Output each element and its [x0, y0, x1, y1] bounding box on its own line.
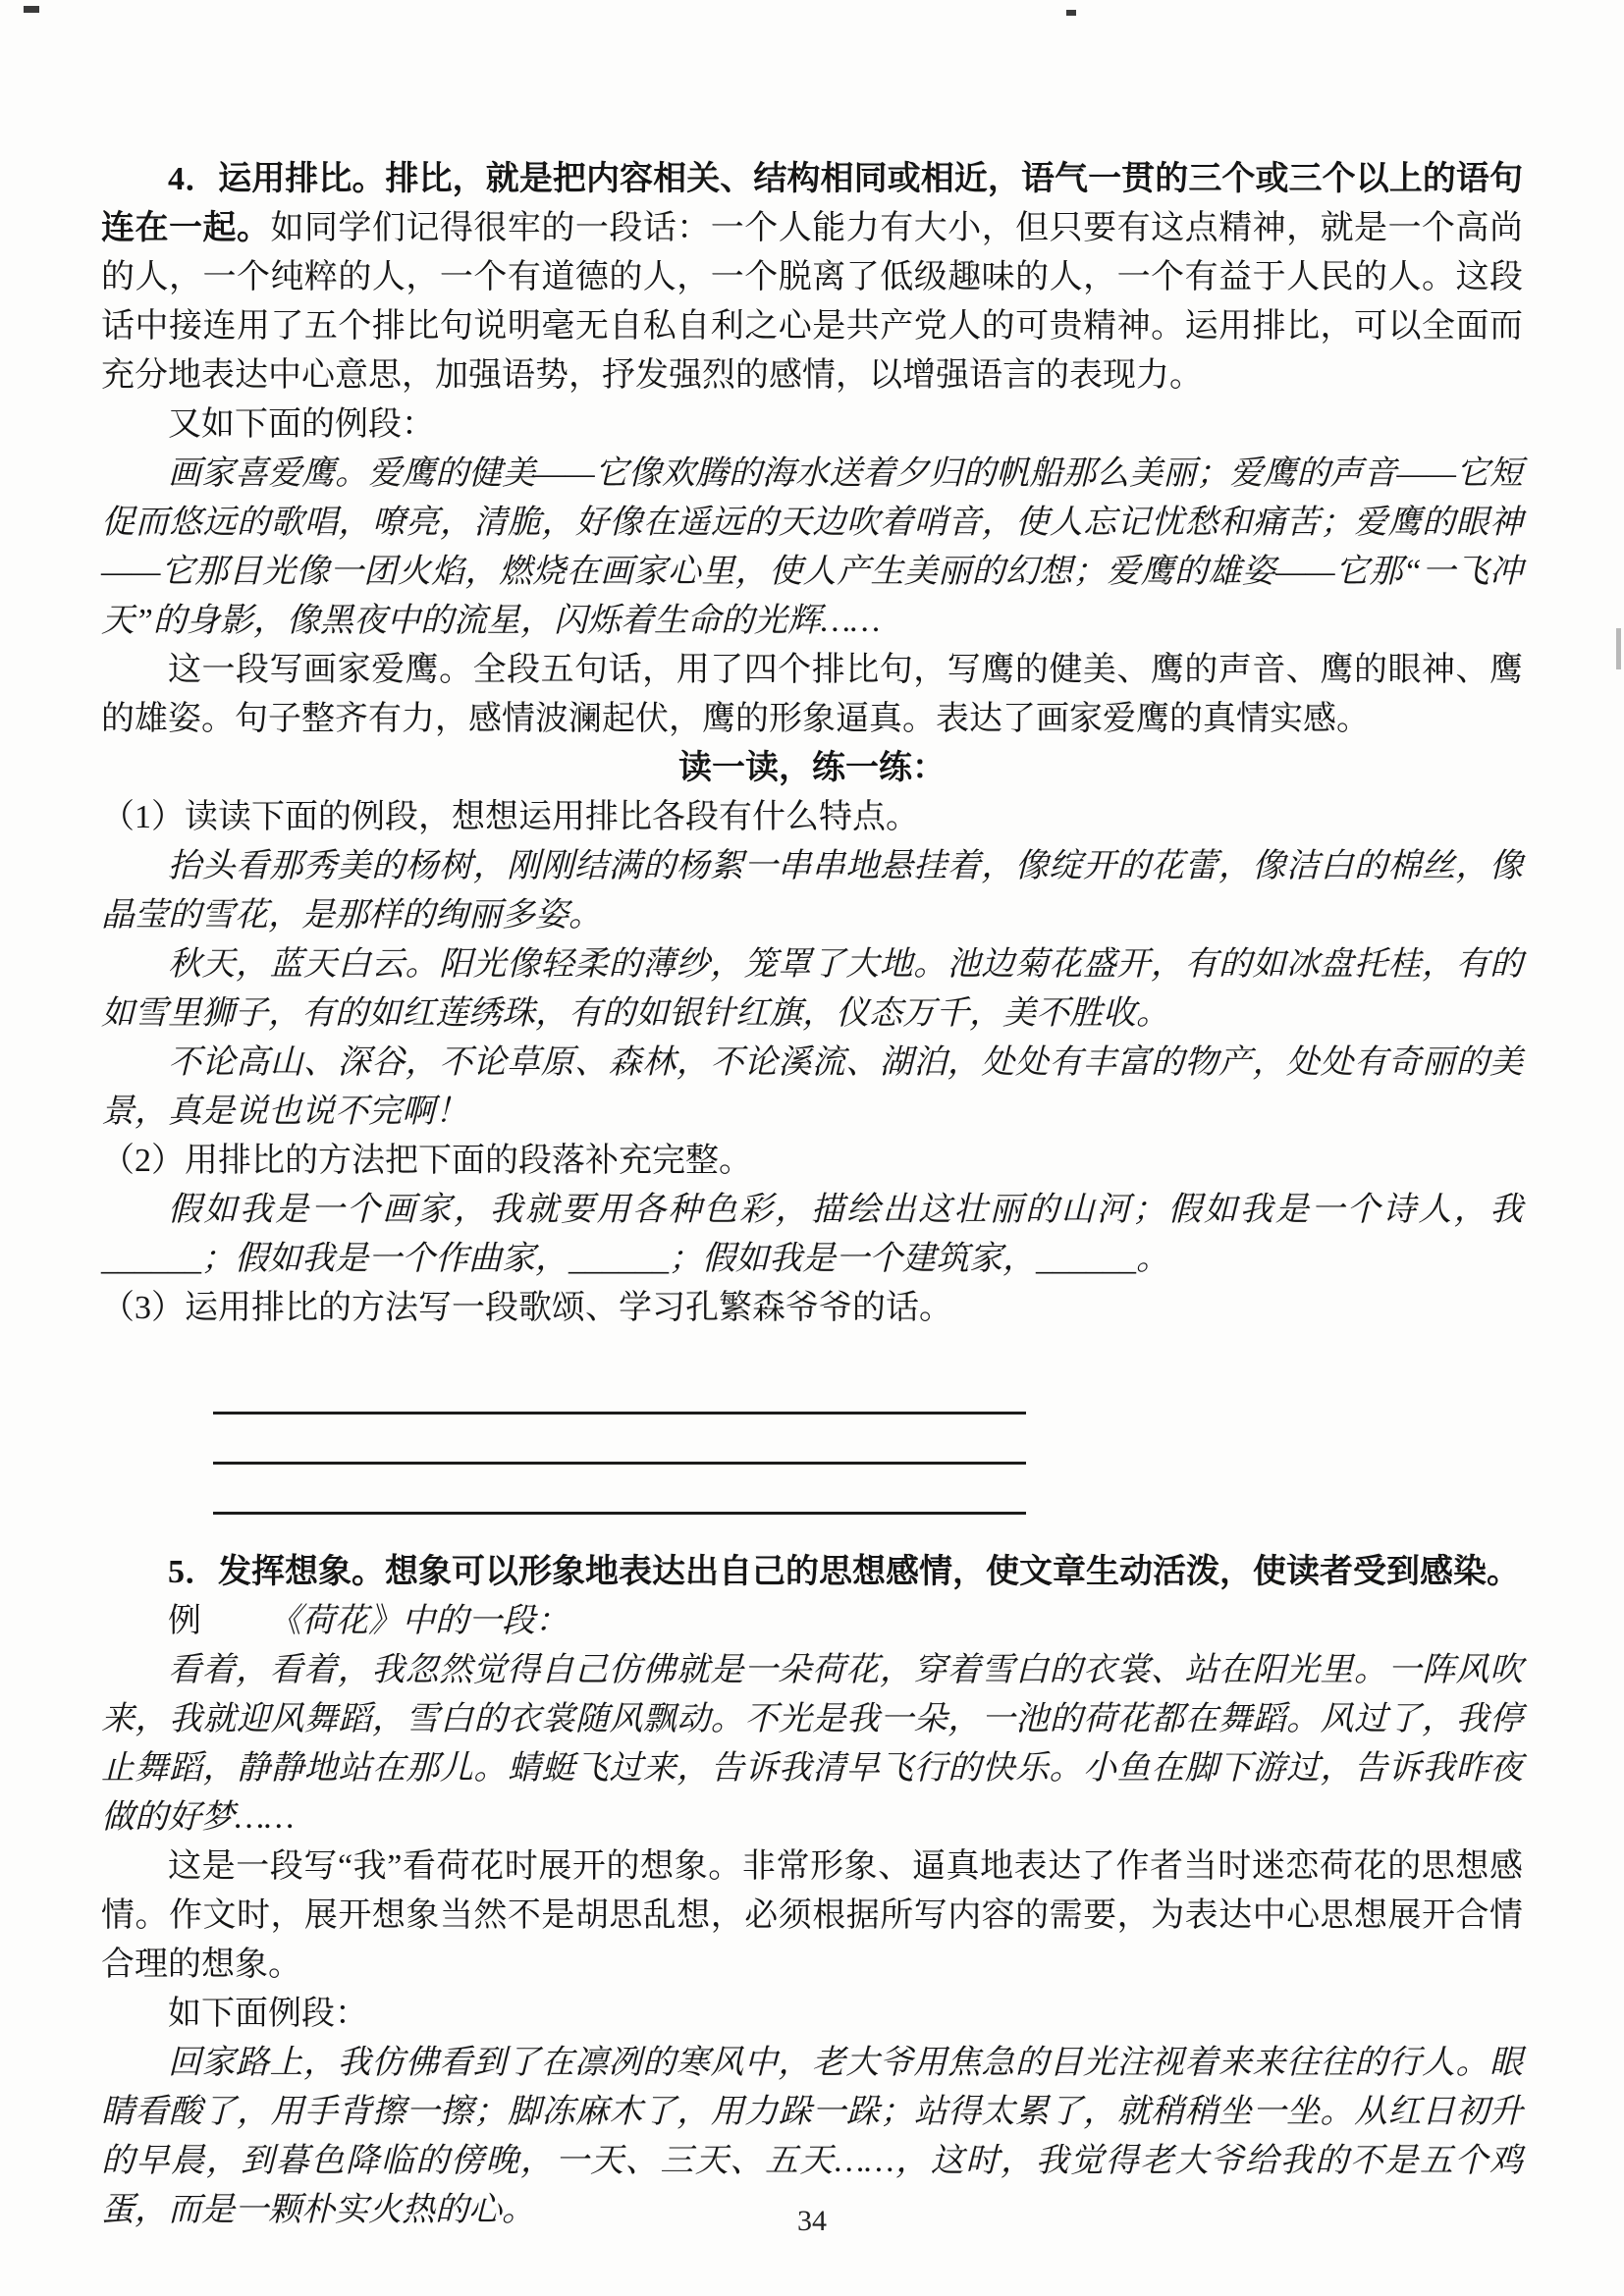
page-content: 4．运用排比。排比，就是把内容相关、结构相同或相近，语气一贯的三个或三个以上的语… — [101, 155, 1523, 2235]
question-3: （3）运用排比的方法写一段歌颂、学习孔繁森爷爷的话。 — [101, 1284, 1523, 1333]
section4-lead-paragraph: 4．运用排比。排比，就是把内容相关、结构相同或相近，语气一贯的三个或三个以上的语… — [101, 155, 1523, 400]
example-intro: 又如下面的例段： — [101, 400, 1523, 450]
page-number: 34 — [0, 2204, 1624, 2239]
poplar-example-paragraph: 抬头看那秀美的杨树，刚刚结满的杨絮一串串地悬挂着，像绽开的花蕾，像洁白的棉丝，像… — [101, 842, 1523, 940]
practice-section-title: 读一读，练一练： — [101, 744, 1523, 793]
lotus-example-paragraph: 看着，看着，我忽然觉得自己仿佛就是一朵荷花，穿着雪白的衣裳、站在阳光里。一阵风吹… — [101, 1646, 1523, 1842]
answer-area — [213, 1364, 1026, 1515]
section-imagination: 5．发挥想象。想象可以形象地表达出自己的思想感情，使文章生动活泼，使读者受到感染… — [101, 1548, 1523, 2235]
example-label: 例 — [168, 1603, 201, 1639]
example-source-title: 《荷花》中的一段： — [268, 1603, 568, 1639]
answer-line — [213, 1465, 1026, 1515]
scan-artifact — [1616, 628, 1621, 669]
landscape-example-paragraph: 不论高山、深谷，不论草原、森林，不论溪流、湖泊，处处有丰富的物产，处处有奇丽的美… — [101, 1039, 1523, 1137]
eagle-analysis-paragraph: 这一段写画家爱鹰。全段五句话，用了四个排比句，写鹰的健美、鹰的声音、鹰的眼神、鹰… — [101, 646, 1523, 744]
lotus-example-caption: 例《荷花》中的一段： — [101, 1597, 1523, 1646]
example-intro-2: 如下面例段： — [101, 1990, 1523, 2039]
scan-artifact — [1066, 10, 1076, 16]
section4-lead-body: 如同学们记得很牢的一段话：一个人能力有大小，但只要有这点精神，就是一个高尚的人，… — [101, 210, 1523, 394]
document-page: 4．运用排比。排比，就是把内容相关、结构相同或相近，语气一贯的三个或三个以上的语… — [0, 0, 1624, 2296]
question-1: （1）读读下面的例段，想想运用排比各段有什么特点。 — [101, 793, 1523, 842]
lotus-analysis-paragraph: 这是一段写“我”看荷花时展开的想象。非常形象、逼真地表达了作者当时迷恋荷花的思想… — [101, 1842, 1523, 1990]
answer-line — [213, 1415, 1026, 1465]
section-parallelism: 4．运用排比。排比，就是把内容相关、结构相同或相近，语气一贯的三个或三个以上的语… — [101, 155, 1523, 1515]
answer-line — [213, 1364, 1026, 1415]
scan-artifact — [24, 6, 39, 13]
question-2: （2）用排比的方法把下面的段落补充完整。 — [101, 1137, 1523, 1186]
section5-heading-paragraph: 5．发挥想象。想象可以形象地表达出自己的思想感情，使文章生动活泼，使读者受到感染… — [101, 1548, 1523, 1597]
eagle-example-paragraph: 画家喜爱鹰。爱鹰的健美——它像欢腾的海水送着夕归的帆船那么美丽；爱鹰的声音——它… — [101, 450, 1523, 646]
autumn-example-paragraph: 秋天，蓝天白云。阳光像轻柔的薄纱，笼罩了大地。池边菊花盛开，有的如冰盘托桂，有的… — [101, 940, 1523, 1039]
fill-blank-passage: 假如我是一个画家，我就要用各种色彩，描绘出这壮丽的山河；假如我是一个诗人，我__… — [101, 1186, 1523, 1284]
